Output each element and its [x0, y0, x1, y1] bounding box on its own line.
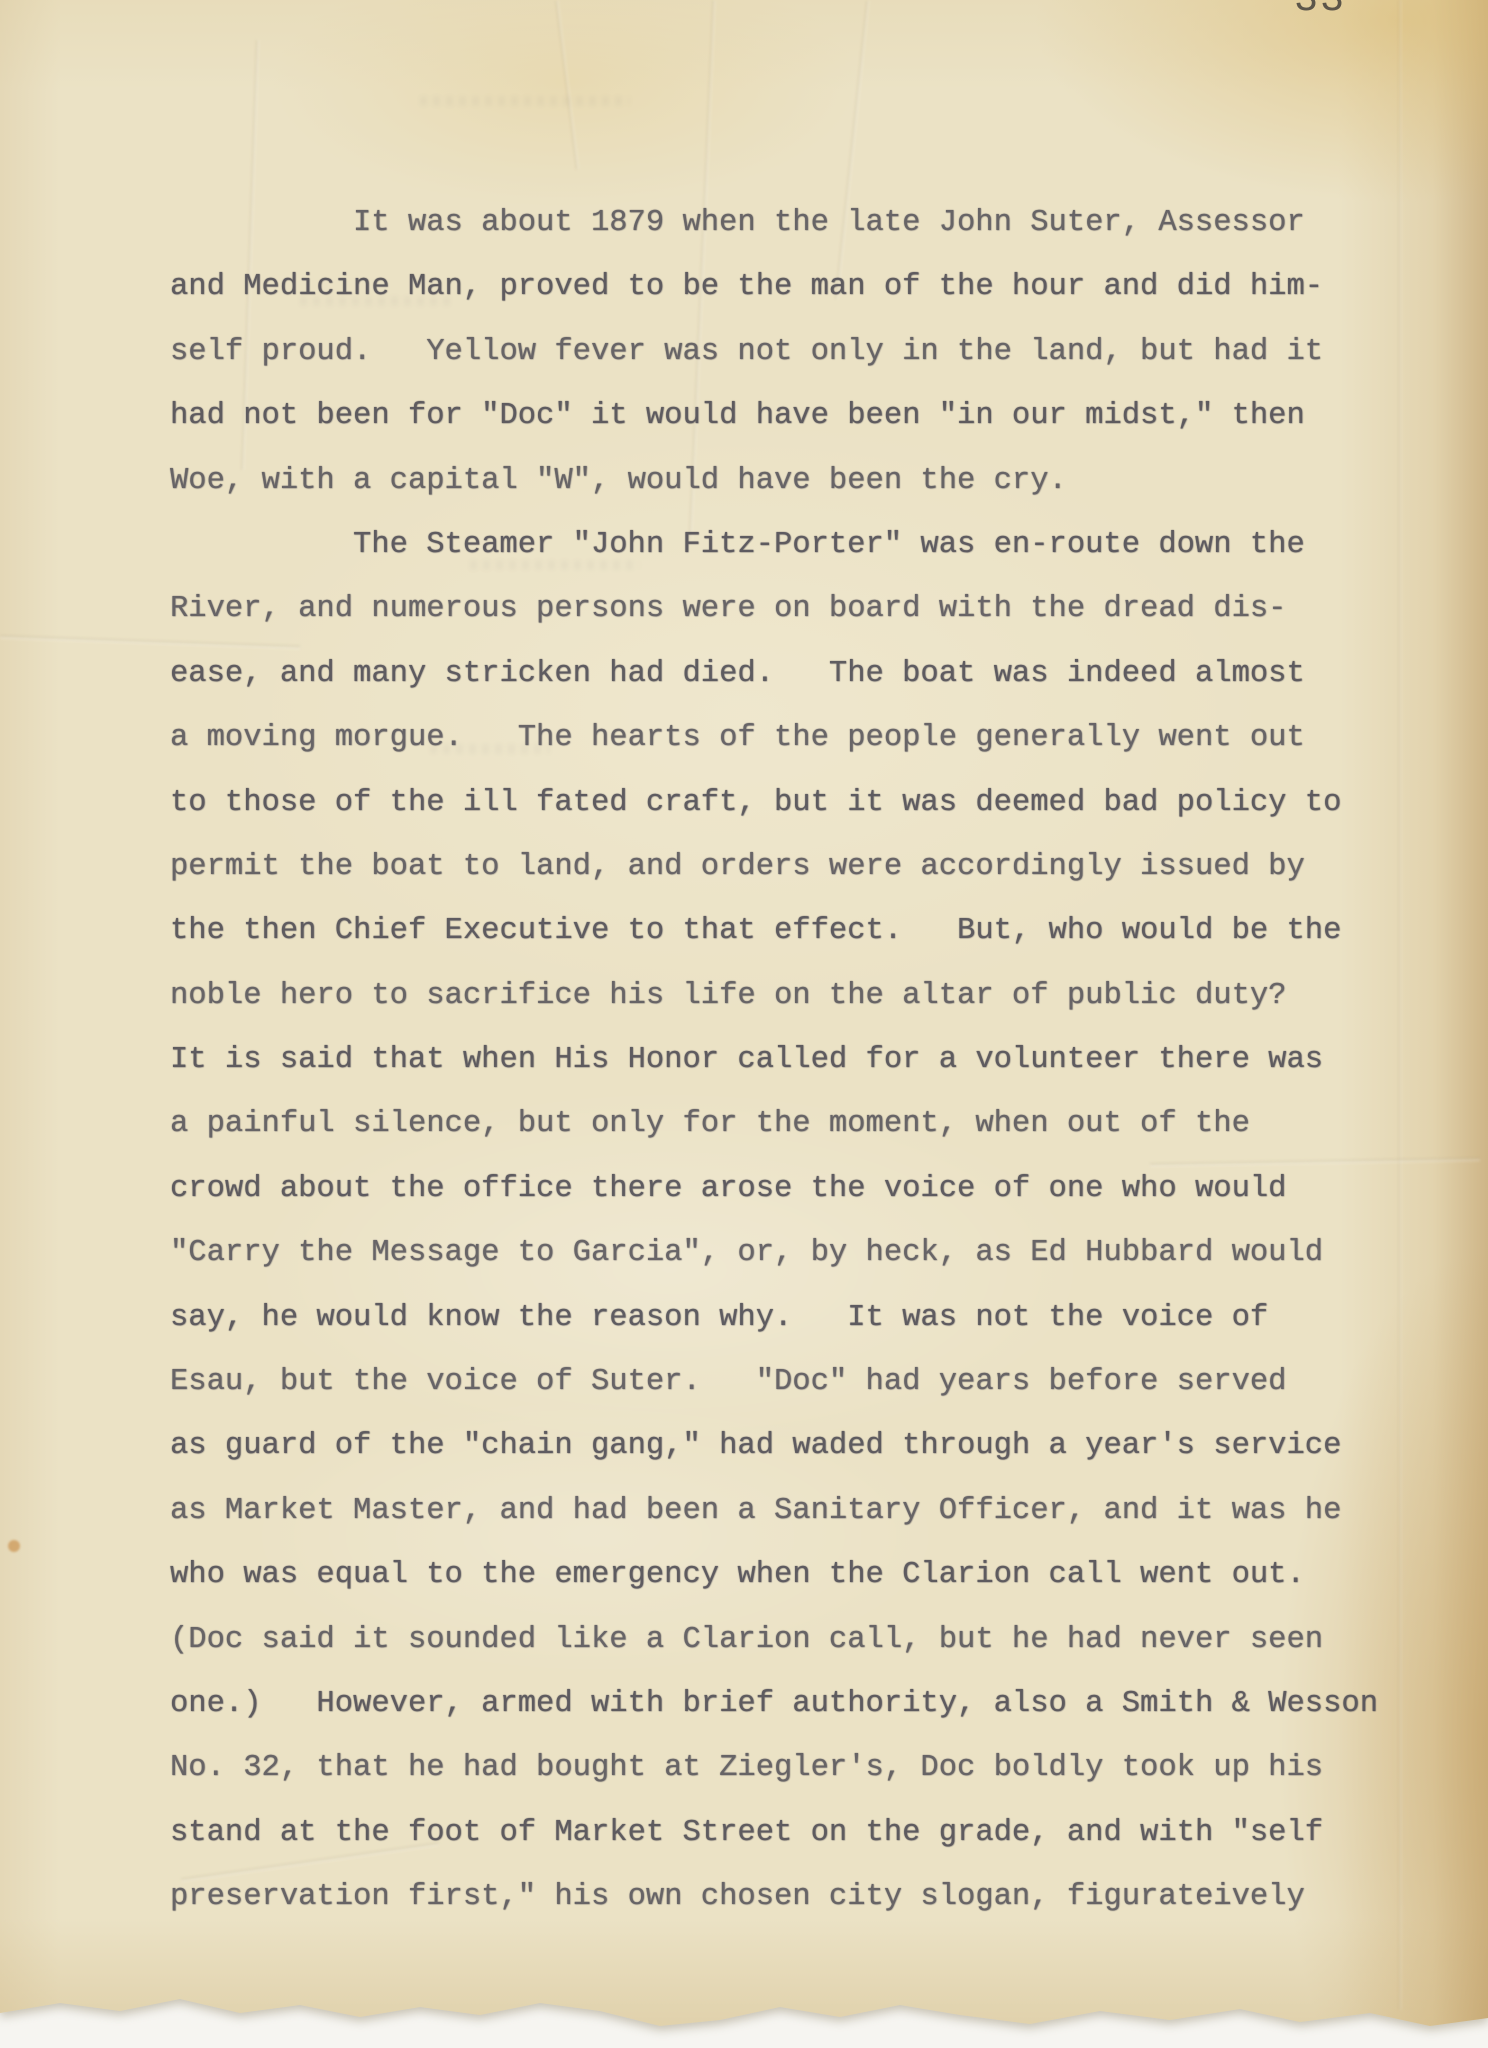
text-line: a moving morgue. The hearts of the peopl… — [170, 706, 1410, 770]
text-line: ease, and many stricken had died. The bo… — [170, 642, 1410, 706]
text-line: It is said that when His Honor called fo… — [170, 1028, 1410, 1092]
text-line: (Doc said it sounded like a Clarion call… — [170, 1608, 1410, 1672]
text-line: It was about 1879 when the late John Sut… — [170, 191, 1410, 255]
text-line: as guard of the "chain gang," had waded … — [170, 1414, 1410, 1478]
text-line: Woe, with a capital "W", would have been… — [170, 449, 1410, 513]
paper-shadow-wrap: 33 It was about 1879 when the late John … — [0, 0, 1488, 2048]
text-line: crowd about the office there arose the v… — [170, 1157, 1410, 1221]
text-line: a painful silence, but only for the mome… — [170, 1092, 1410, 1156]
text-line: one.) However, armed with brief authorit… — [170, 1672, 1410, 1736]
text-line: River, and numerous persons were on boar… — [170, 577, 1410, 641]
rust-stain — [8, 1540, 20, 1552]
text-line: permit the boat to land, and orders were… — [170, 835, 1410, 899]
paper-page: 33 It was about 1879 when the late John … — [0, 0, 1488, 2048]
text-line: had not been for "Doc" it would have bee… — [170, 384, 1410, 448]
text-line: The Steamer "John Fitz-Porter" was en-ro… — [170, 513, 1410, 577]
text-line: "Carry the Message to Garcia", or, by he… — [170, 1221, 1410, 1285]
document-body: It was about 1879 when the late John Sut… — [170, 191, 1410, 1930]
text-line: self proud. Yellow fever was not only in… — [170, 320, 1410, 384]
text-line: No. 32, that he had bought at Ziegler's,… — [170, 1736, 1410, 1800]
text-line: the then Chief Executive to that effect.… — [170, 899, 1410, 963]
paper-crease — [555, 0, 580, 169]
text-line: noble hero to sacrifice his life on the … — [170, 964, 1410, 1028]
text-line: Esau, but the voice of Suter. "Doc" had … — [170, 1350, 1410, 1414]
page-number: 33 — [1294, 0, 1346, 23]
text-line: as Market Master, and had been a Sanitar… — [170, 1479, 1410, 1543]
text-line: and Medicine Man, proved to be the man o… — [170, 255, 1410, 319]
scanned-document: 33 It was about 1879 when the late John … — [0, 0, 1488, 2048]
text-line: stand at the foot of Market Street on th… — [170, 1801, 1410, 1865]
ink-bleedthrough-smudge — [420, 96, 630, 106]
text-line: to those of the ill fated craft, but it … — [170, 771, 1410, 835]
text-line: say, he would know the reason why. It wa… — [170, 1286, 1410, 1350]
text-line: preservation first," his own chosen city… — [170, 1865, 1410, 1929]
text-line: who was equal to the emergency when the … — [170, 1543, 1410, 1607]
